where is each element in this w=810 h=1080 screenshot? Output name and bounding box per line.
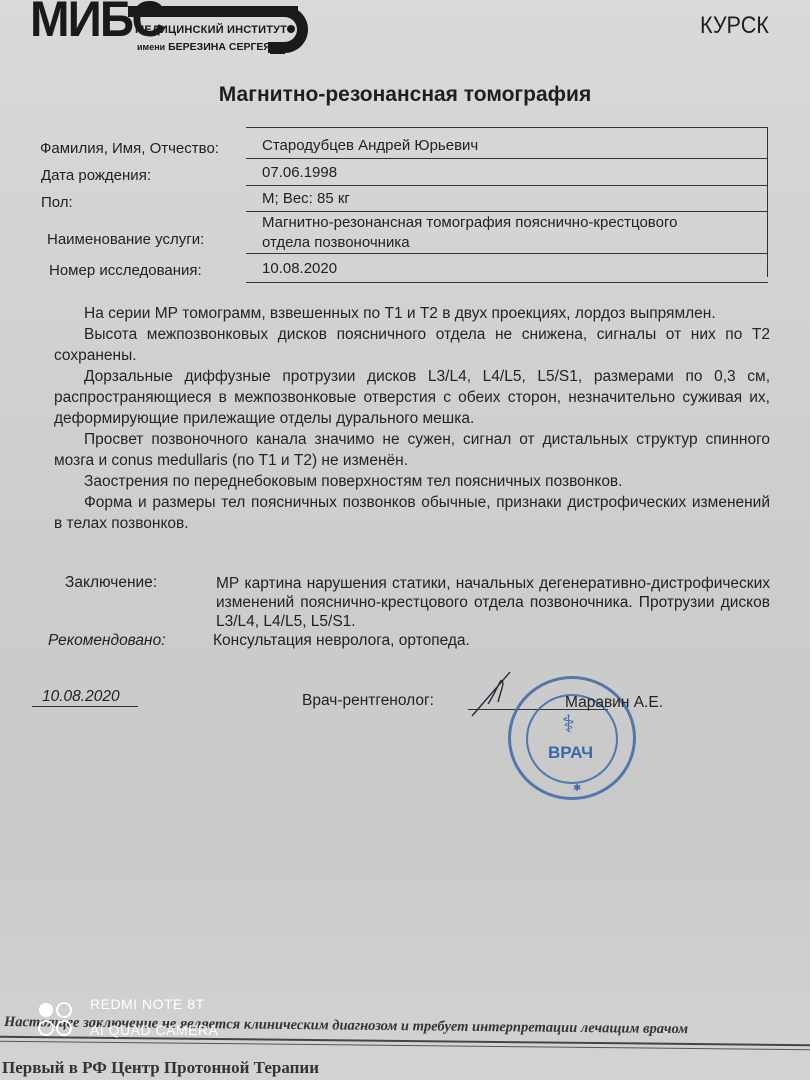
handwritten-signature	[470, 668, 530, 728]
date-underline	[32, 706, 138, 707]
conclusion-label: Заключение:	[65, 574, 157, 592]
conclusion-text: МР картина нарушения статики, начальных …	[216, 574, 770, 631]
sex-label: Пол:	[41, 194, 73, 211]
study-number-value: 10.08.2020	[262, 260, 337, 277]
recommendation-text: Консультация невролога, ортопеда.	[213, 632, 470, 650]
logo-name: БЕРЕЗИНА СЕРГЕЯ	[168, 41, 271, 53]
finding-paragraph: Заострения по переднебоковым поверхностя…	[54, 471, 770, 492]
finding-paragraph: Просвет позвоночного канала значимо не с…	[54, 429, 770, 471]
finding-paragraph: Форма и размеры тел поясничных позвонков…	[54, 492, 770, 534]
doctor-name: Маравин А.Е.	[565, 694, 663, 712]
watermark-camera: AI QUAD CAMERA	[90, 1022, 218, 1038]
signature-date: 10.08.2020	[42, 688, 120, 706]
caduceus-bowl-icon: ⚕	[562, 710, 575, 739]
table-line	[246, 127, 768, 128]
organization-tagline: Первый в РФ Центр Протонной Терапии	[2, 1058, 319, 1078]
service-label: Наименование услуги:	[47, 231, 204, 248]
logo-name-line: имени БЕРЕЗИНА СЕРГЕЯ	[137, 41, 271, 53]
name-value: Стародубцев Андрей Юрьевич	[262, 137, 478, 154]
recommendation-label: Рекомендовано:	[48, 632, 166, 650]
finding-paragraph: Дорзальные диффузные протрузии дисков L3…	[54, 366, 770, 429]
service-value-line2: отдела позвоночника	[262, 234, 410, 251]
table-line	[767, 127, 768, 277]
service-value-line1: Магнитно-резонансная томография поясничн…	[262, 214, 677, 231]
document-title: Магнитно-резонансная томография	[0, 83, 810, 107]
stamp-star-icon: ✱	[573, 783, 581, 794]
table-line	[246, 211, 768, 212]
logo-institute-line: МЕДИЦИНСКИЙ ИНСТИТУТ	[135, 24, 287, 36]
finding-paragraph: Высота межпозвонковых дисков поясничного…	[54, 324, 770, 366]
sex-value: М; Вес: 85 кг	[262, 190, 350, 207]
stamp-center-text: ВРАЧ	[548, 743, 593, 763]
findings-text: На серии МР томограмм, взвешенных по Т1 …	[54, 303, 770, 534]
study-number-label: Номер исследования:	[49, 262, 202, 279]
table-line	[246, 253, 768, 254]
dob-label: Дата рождения:	[41, 167, 151, 184]
watermark-device: REDMI NOTE 8T	[90, 996, 205, 1012]
logo-block	[270, 45, 285, 54]
finding-paragraph: На серии МР томограмм, взвешенных по Т1 …	[54, 303, 770, 324]
table-line	[246, 282, 768, 283]
city-label: КУРСК	[700, 12, 769, 40]
logo-name-prefix: имени	[137, 42, 165, 52]
dob-value: 07.06.1998	[262, 164, 337, 181]
table-line	[246, 185, 768, 186]
name-label: Фамилия, Имя, Отчество:	[40, 140, 219, 157]
logo-dot	[287, 25, 295, 33]
camera-lens-icon	[36, 1000, 76, 1040]
table-line	[246, 158, 768, 159]
doctor-role-label: Врач-рентгенолог:	[302, 692, 434, 710]
